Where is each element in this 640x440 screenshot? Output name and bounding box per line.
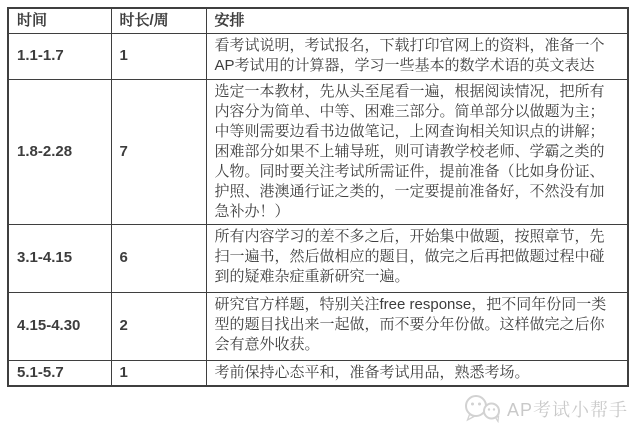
cell-duration: 1 bbox=[111, 360, 206, 386]
page: 时间 时长/周 安排 1.1-1.7 1 看考试说明，考试报名，下载打印官网上的… bbox=[0, 0, 640, 440]
table-row: 4.15-4.30 2 研究官方样题，特别关注free response，把不同… bbox=[8, 292, 628, 360]
cell-time: 1.8-2.28 bbox=[8, 79, 111, 224]
cell-plan: 所有内容学习的差不多之后，开始集中做题，按照章节，先扫一遍书，然后做相应的题目，… bbox=[206, 224, 628, 292]
cell-plan: 选定一本教材，先从头至尾看一遍，根据阅读情况，把所有内容分为简单、中等、困难三部… bbox=[206, 79, 628, 224]
table-row: 5.1-5.7 1 考前保持心态平和，准备考试用品，熟悉考场。 bbox=[8, 360, 628, 386]
cell-plan: 看考试说明，考试报名，下载打印官网上的资料，准备一个AP考试用的计算器，学习一些… bbox=[206, 33, 628, 79]
cell-plan: 研究官方样题，特别关注free response，把不同年份同一类型的题目找出来… bbox=[206, 292, 628, 360]
table-row: 1.8-2.28 7 选定一本教材，先从头至尾看一遍，根据阅读情况，把所有内容分… bbox=[8, 79, 628, 224]
cell-duration: 7 bbox=[111, 79, 206, 224]
cell-duration: 1 bbox=[111, 33, 206, 79]
wechat-icon bbox=[462, 394, 502, 423]
header-row: 时间 时长/周 安排 bbox=[8, 8, 628, 33]
watermark: AP考试小帮手 bbox=[462, 394, 628, 423]
cell-time: 4.15-4.30 bbox=[8, 292, 111, 360]
watermark-label: AP考试小帮手 bbox=[507, 396, 628, 422]
cell-time: 3.1-4.15 bbox=[8, 224, 111, 292]
column-header-duration: 时长/周 bbox=[111, 8, 206, 33]
study-schedule-table: 时间 时长/周 安排 1.1-1.7 1 看考试说明，考试报名，下载打印官网上的… bbox=[7, 7, 629, 387]
cell-plan: 考前保持心态平和，准备考试用品，熟悉考场。 bbox=[206, 360, 628, 386]
table-row: 1.1-1.7 1 看考试说明，考试报名，下载打印官网上的资料，准备一个AP考试… bbox=[8, 33, 628, 79]
column-header-time: 时间 bbox=[8, 8, 111, 33]
cell-duration: 2 bbox=[111, 292, 206, 360]
cell-time: 1.1-1.7 bbox=[8, 33, 111, 79]
cell-duration: 6 bbox=[111, 224, 206, 292]
column-header-plan: 安排 bbox=[206, 8, 628, 33]
table-row: 3.1-4.15 6 所有内容学习的差不多之后，开始集中做题，按照章节，先扫一遍… bbox=[8, 224, 628, 292]
cell-time: 5.1-5.7 bbox=[8, 360, 111, 386]
